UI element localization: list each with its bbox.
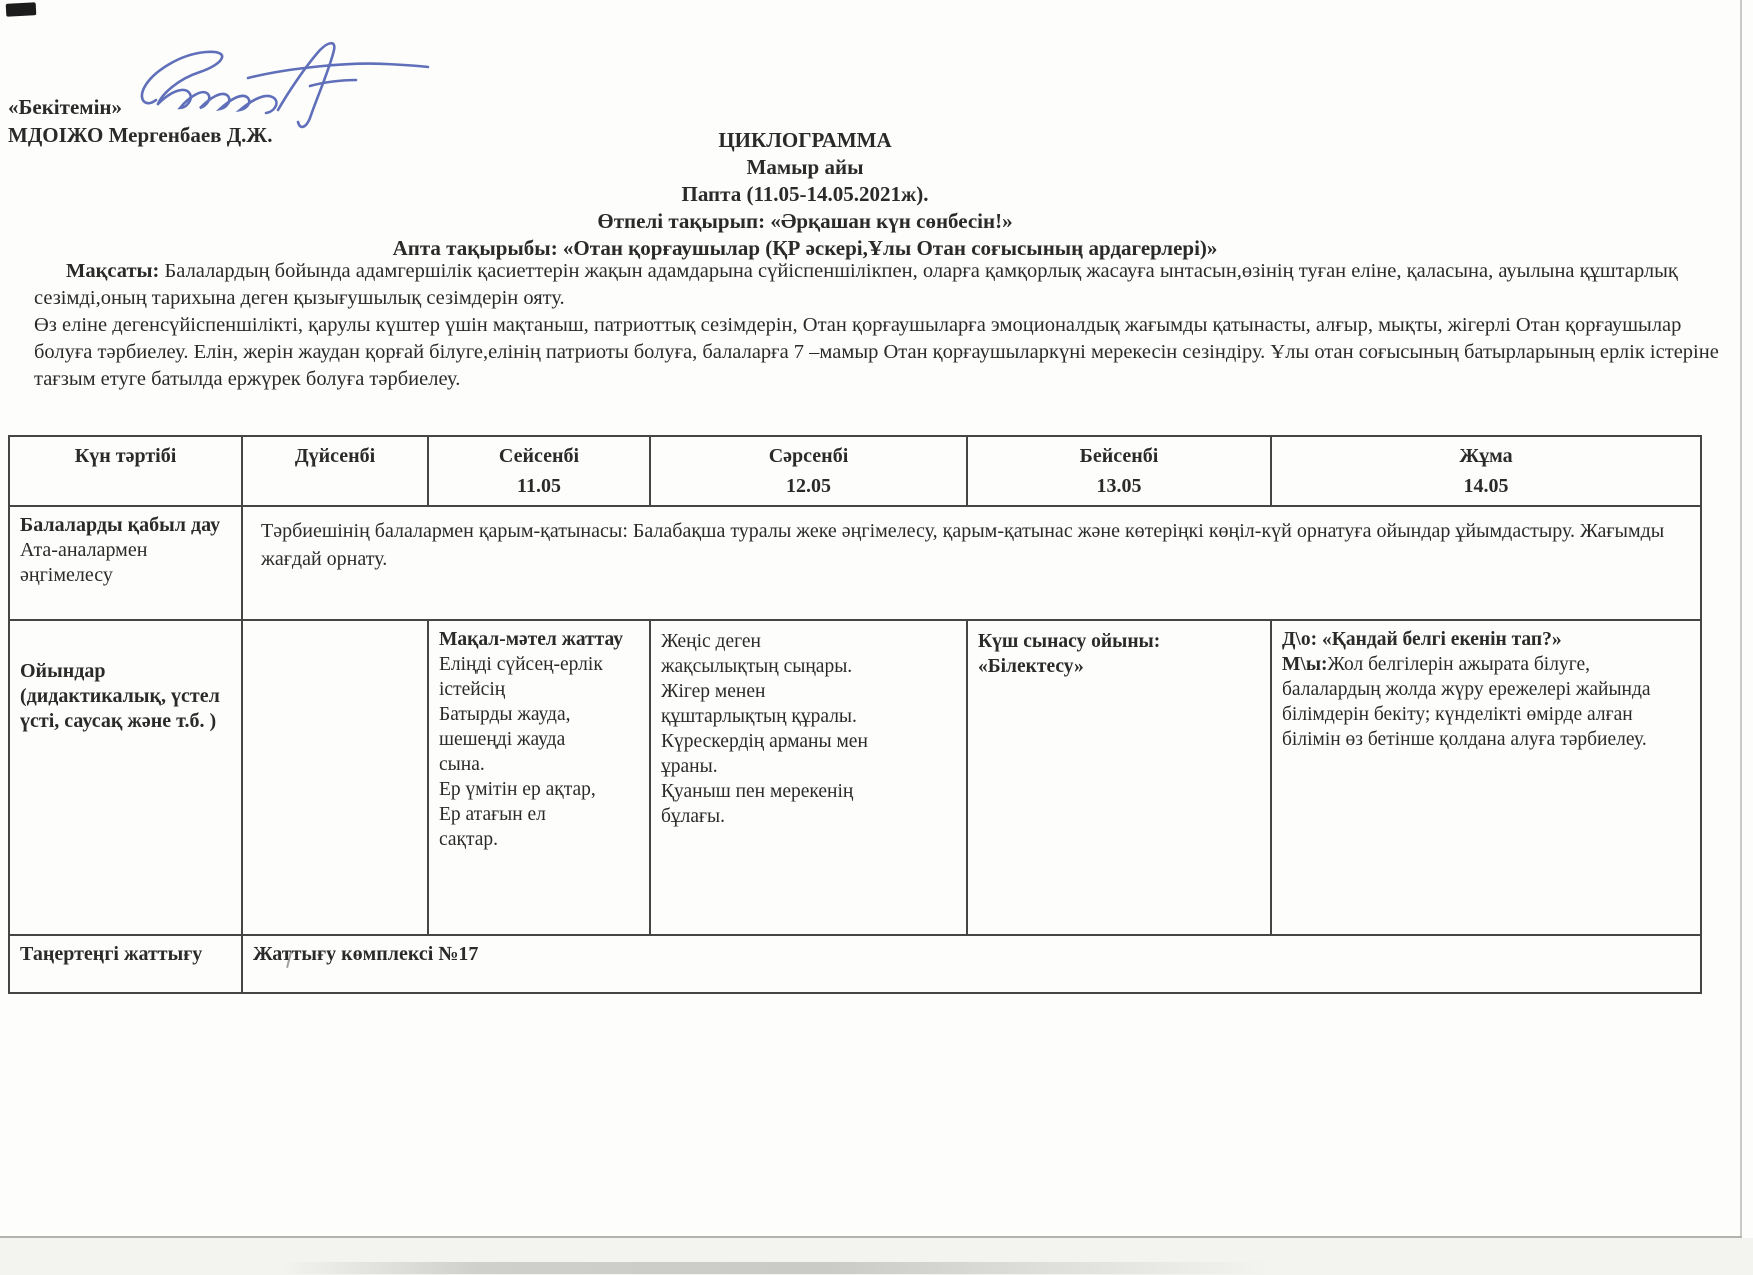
page-edge-right xyxy=(1740,0,1742,1238)
header-wednesday: Сәрсенбі12.05 xyxy=(650,436,967,506)
table-row-games: Ойындар (дидактикалық, үстел үсті, сауса… xyxy=(9,620,1701,935)
table-header-row: Күн тәртібі Дүйсенбі Сейсенбі11.05 Сәрсе… xyxy=(9,436,1701,506)
games-friday-title: Д\о: «Қандай белгі екенін тап?» xyxy=(1282,627,1690,652)
reception-regime-cell: Балаларды қабыл дау Ата-аналармен әңгіме… xyxy=(9,506,242,620)
table-row-exercise: Таңертеңгі жаттығу Жаттығу көмплексі №17 xyxy=(9,935,1701,993)
header-monday: Дүйсенбі xyxy=(242,436,428,506)
header-tuesday: Сейсенбі11.05 xyxy=(428,436,650,506)
games-wednesday-cell: Жеңіс деген жақсылықтың сыңары. Жігер ме… xyxy=(650,620,967,935)
games-regime-cell: Ойындар (дидактикалық, үстел үсті, сауса… xyxy=(9,620,242,935)
exercise-regime-cell: Таңертеңгі жаттығу xyxy=(9,935,242,993)
goal-label: Мақсаты: xyxy=(66,260,159,282)
games-thursday-title: Күш сынасу ойыны: «Білектесу» xyxy=(978,627,1260,679)
games-monday-cell xyxy=(242,620,428,935)
header-friday: Жұма14.05 xyxy=(1271,436,1701,506)
games-tuesday-body: Еліңді сүйсең-ерлік істейсің Батырды жау… xyxy=(439,652,639,852)
scan-corner-artifact xyxy=(6,2,37,17)
games-friday-body: М\ы:Жол белгілерін ажырата білуге, балал… xyxy=(1282,652,1690,752)
doc-title: ЦИКЛОГРАММА xyxy=(0,127,1610,154)
goal-paragraph: Мақсаты: Балалардың бойында адамгершілік… xyxy=(34,258,1734,393)
reception-content-cell: Тәрбиешінің балалармен қарым-қатынасы: Б… xyxy=(242,506,1701,620)
header-thursday: Бейсенбі13.05 xyxy=(967,436,1271,506)
games-thursday-cell: Күш сынасу ойыны: «Білектесу» xyxy=(967,620,1271,935)
doc-month: Мамыр айы xyxy=(0,154,1610,181)
cyclogram-table: Күн тәртібі Дүйсенбі Сейсенбі11.05 Сәрсе… xyxy=(8,435,1702,994)
document-title-block: ЦИКЛОГРАММА Мамыр айы Папта (11.05-14.05… xyxy=(0,127,1610,262)
goal-text-1: Мақсаты: Балалардың бойында адамгершілік… xyxy=(34,258,1734,312)
header-regime: Күн тәртібі xyxy=(9,436,242,506)
games-wednesday-body: Жеңіс деген жақсылықтың сыңары. Жігер ме… xyxy=(661,627,956,829)
scan-bottom-smudge xyxy=(280,1262,1270,1274)
doc-cross-theme: Өтпелі тақырып: «Әрқашан күн сөнбесін!» xyxy=(0,208,1610,235)
table-row-reception: Балаларды қабыл дау Ата-аналармен әңгіме… xyxy=(9,506,1701,620)
games-tuesday-title: Мақал-мәтел жаттау xyxy=(439,627,639,652)
goal-text-2: Өз еліне дегенсүйіспеншілікті, қарулы кү… xyxy=(34,312,1734,393)
games-friday-cell: Д\о: «Қандай белгі екенін тап?» М\ы:Жол … xyxy=(1271,620,1701,935)
scanned-document-page: «Бекітемін» МДОІЖО Мергенбаев Д.Ж. ЦИКЛО… xyxy=(0,0,1753,1275)
exercise-content-cell: Жаттығу көмплексі №17 xyxy=(242,935,1701,993)
games-tuesday-cell: Мақал-мәтел жаттау Еліңді сүйсең-ерлік і… xyxy=(428,620,650,935)
doc-week-dates: Папта (11.05-14.05.2021ж). xyxy=(0,181,1610,208)
signature-handwriting xyxy=(128,38,438,133)
